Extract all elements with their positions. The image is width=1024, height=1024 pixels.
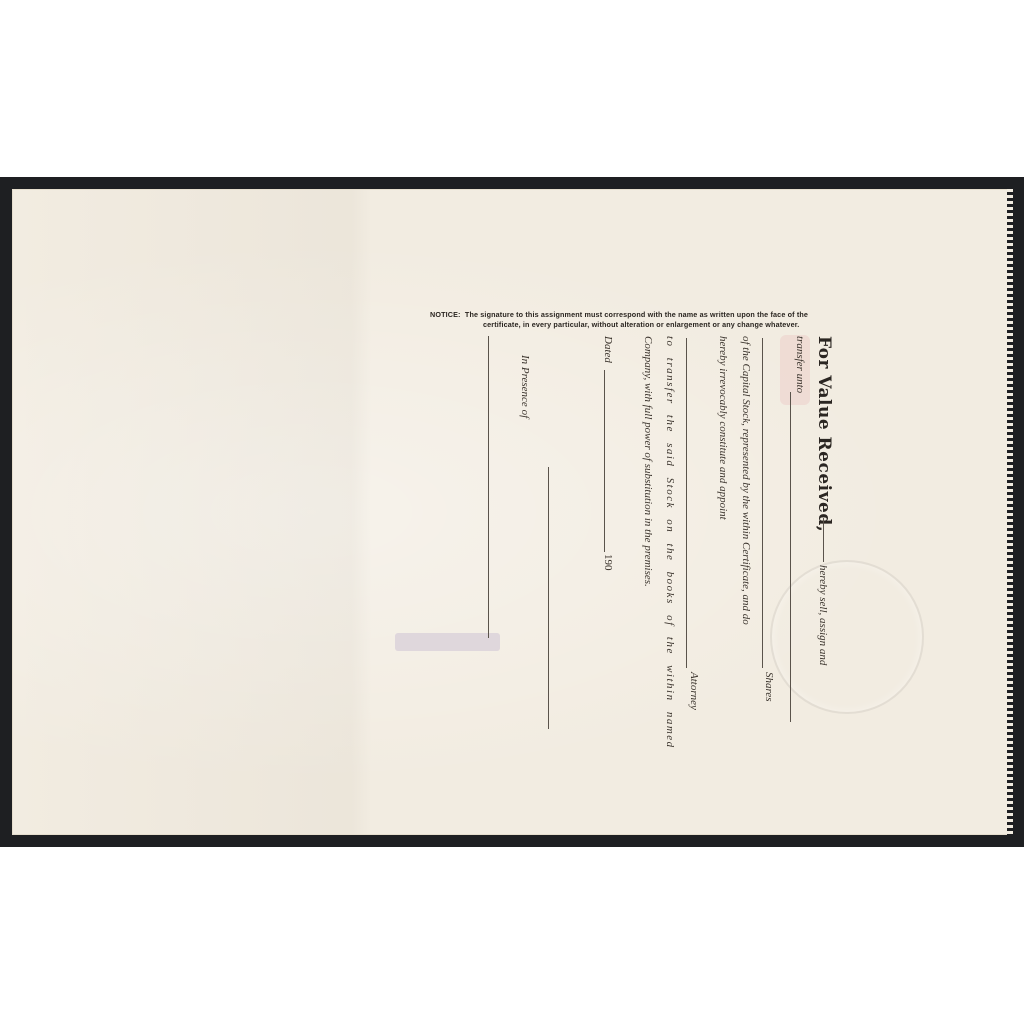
notice-text: NOTICE: The signature to this assignment… <box>430 310 850 330</box>
form-line-3-suffix: Shares <box>763 672 775 702</box>
signature-line[interactable] <box>548 467 549 729</box>
witness-signature-line[interactable] <box>488 336 489 638</box>
notice-label: NOTICE: <box>430 310 461 319</box>
year-row: 190 <box>602 554 614 571</box>
witness-row: In Presence of <box>519 355 531 418</box>
attorney-label: Attorney <box>688 672 700 710</box>
irrevocably-constitute-text: hereby irrevocably constitute and appoin… <box>717 336 729 520</box>
form-line-4: of the Capital Stock, represented by the… <box>740 336 752 625</box>
seller-name-line[interactable] <box>823 518 824 562</box>
year-prefix: 190 <box>602 554 614 571</box>
form-line-2: transfer unto <box>794 336 806 393</box>
for-value-received-heading: For Value Received, <box>814 336 834 532</box>
certificate-paper <box>12 189 1010 835</box>
purple-stamp-mark <box>395 633 500 651</box>
date-line[interactable] <box>604 370 605 552</box>
power-of-substitution-text: Company, with full power of substitution… <box>642 336 654 587</box>
form-line-8: Company, with full power of substitution… <box>642 336 654 587</box>
shares-label: Shares <box>763 672 775 702</box>
notice-line-1: The signature to this assignment must co… <box>465 310 808 319</box>
form-line-7: to transfer the said Stock on the books … <box>664 336 676 749</box>
notice-line-2: certificate, in every particular, withou… <box>430 320 850 330</box>
transferee-line[interactable] <box>790 392 791 722</box>
form-line-5: hereby irrevocably constitute and appoin… <box>717 336 729 520</box>
embossed-seal <box>770 560 924 714</box>
hereby-sell-text: hereby sell, assign and <box>817 565 829 665</box>
form-line-6-suffix: Attorney <box>688 672 700 710</box>
form-line-1-suffix: hereby sell, assign and <box>817 565 829 665</box>
form-line-heading: For Value Received, <box>814 336 834 532</box>
in-presence-of-label: In Presence of <box>519 355 531 418</box>
dated-label: Dated <box>602 336 614 363</box>
dated-row: Dated <box>602 336 614 363</box>
capital-stock-text: of the Capital Stock, represented by the… <box>740 336 752 625</box>
transfer-stock-text: to transfer the said Stock on the books … <box>664 336 676 749</box>
perforated-edge <box>1007 189 1013 835</box>
attorney-name-line[interactable] <box>686 338 687 668</box>
shares-count-line[interactable] <box>762 338 763 668</box>
transfer-unto-text: transfer unto <box>794 336 806 393</box>
